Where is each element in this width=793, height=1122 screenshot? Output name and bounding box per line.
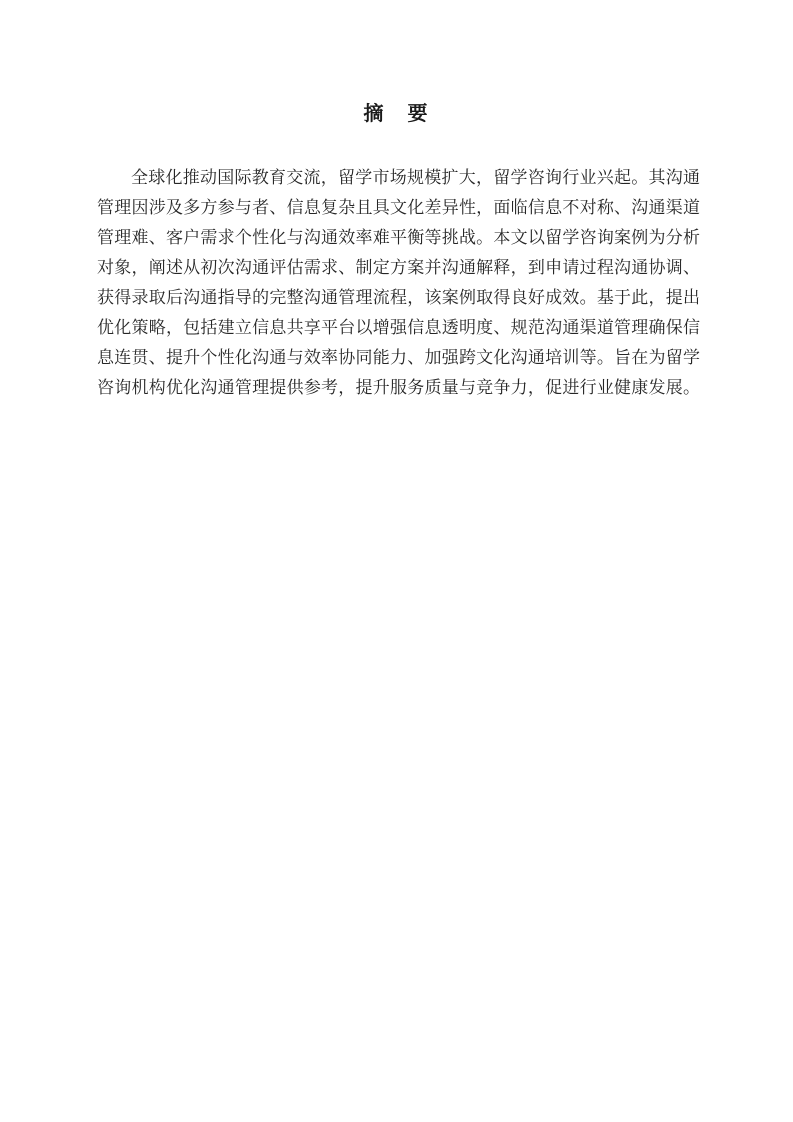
abstract-paragraph: 全球化推动国际教育交流，留学市场规模扩大，留学咨询行业兴起。其沟通 管理因涉及多…	[97, 163, 700, 403]
paragraph-line: 对象，阐述从初次沟通评估需求、制定方案并沟通解释，到申请过程沟通协调、	[97, 253, 700, 283]
paragraph-line: 管理因涉及多方参与者、信息复杂且具文化差异性，面临信息不对称、沟通渠道	[97, 193, 700, 223]
paragraph-line: 咨询机构优化沟通管理提供参考，提升服务质量与竞争力，促进行业健康发展。	[97, 373, 700, 403]
paragraph-line: 优化策略，包括建立信息共享平台以增强信息透明度、规范沟通渠道管理确保信	[97, 313, 700, 343]
document-page: 摘 要 全球化推动国际教育交流，留学市场规模扩大，留学咨询行业兴起。其沟通 管理…	[0, 0, 793, 1122]
paragraph-line: 全球化推动国际教育交流，留学市场规模扩大，留学咨询行业兴起。其沟通	[97, 163, 700, 193]
abstract-title: 摘 要	[0, 100, 793, 128]
paragraph-line: 息连贯、提升个性化沟通与效率协同能力、加强跨文化沟通培训等。旨在为留学	[97, 343, 700, 373]
paragraph-line: 获得录取后沟通指导的完整沟通管理流程，该案例取得良好成效。基于此，提出	[97, 283, 700, 313]
paragraph-line: 管理难、客户需求个性化与沟通效率难平衡等挑战。本文以留学咨询案例为分析	[97, 223, 700, 253]
